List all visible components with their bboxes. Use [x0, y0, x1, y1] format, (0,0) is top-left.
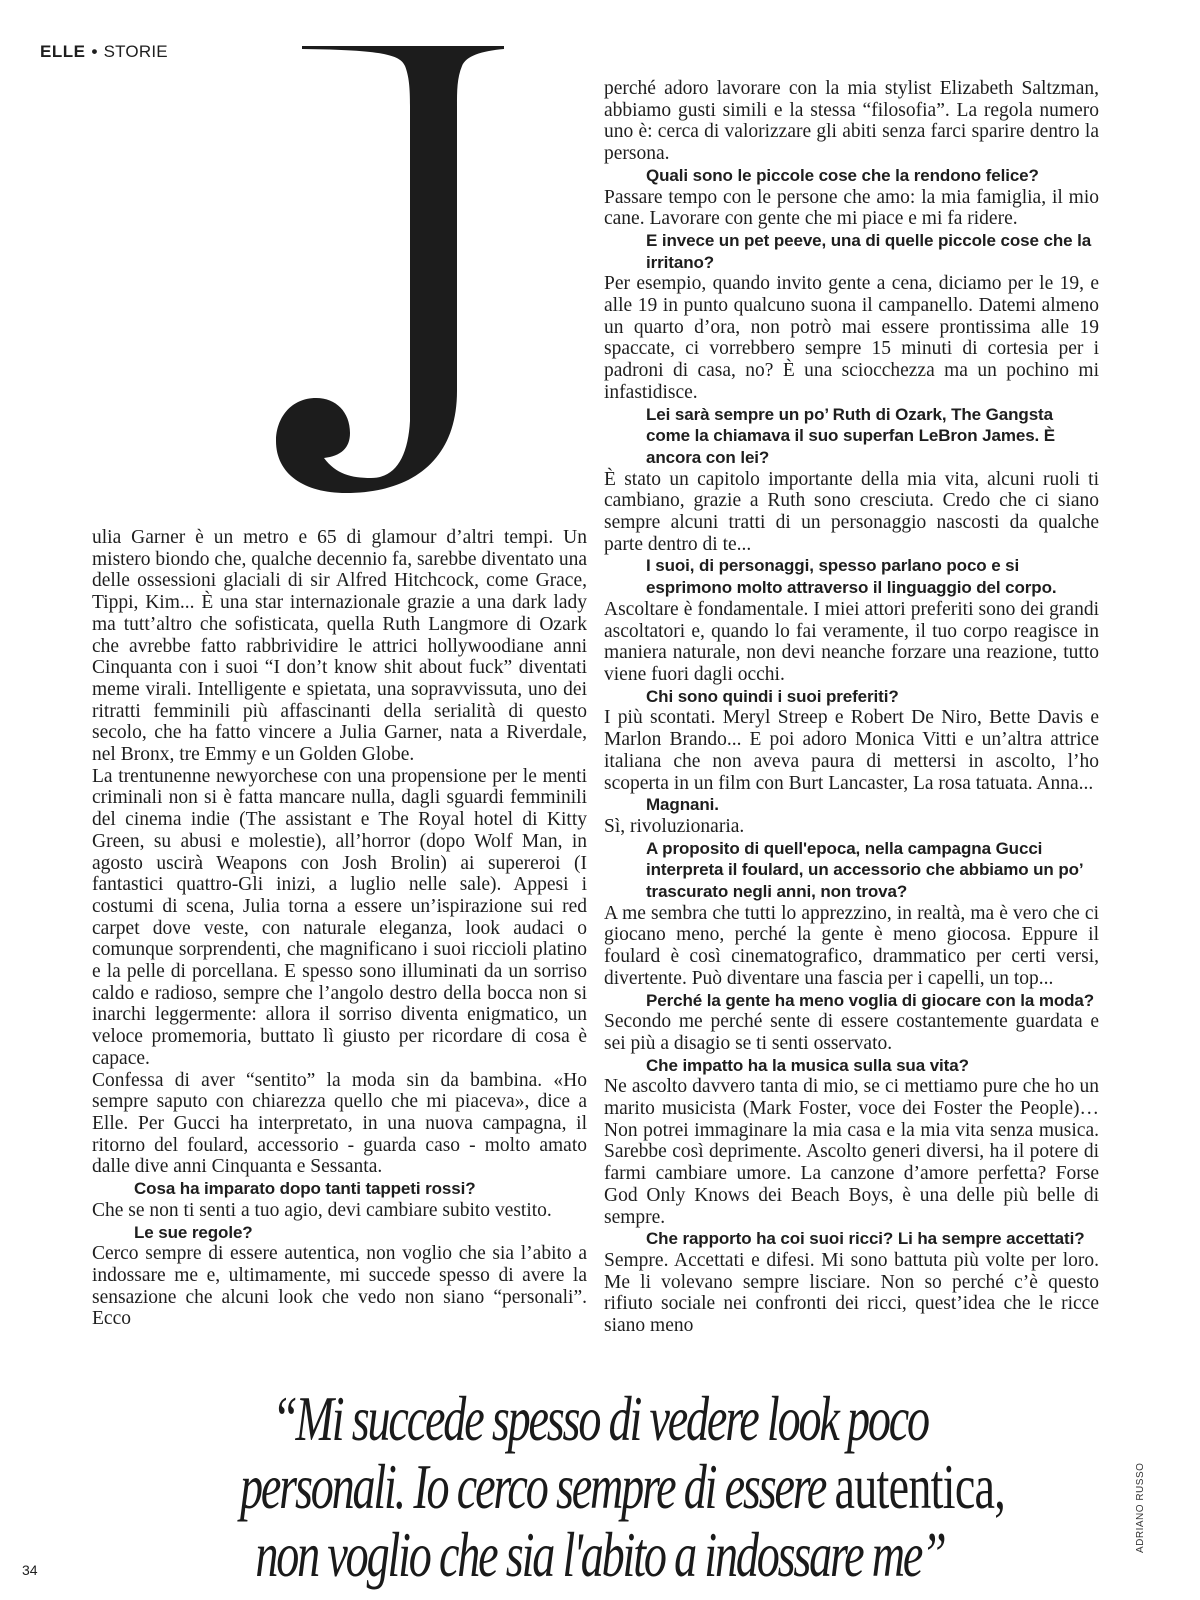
pull-quote: “Mi succede spesso di vedere look poco p…: [240, 1385, 960, 1589]
interview-question: Le sue regole?: [92, 1222, 587, 1244]
interview-question: Quali sono le piccole cose che la rendon…: [604, 165, 1099, 187]
interview-answer: Passare tempo con le persone che amo: la…: [604, 187, 1099, 230]
section-label: STORIE: [104, 42, 168, 61]
pull-quote-italic: personali. Io cerco sempre di essere: [240, 1451, 825, 1522]
interview-question: Che rapporto ha coi suoi ricci? Li ha se…: [604, 1228, 1099, 1250]
interview-answer: Sì, rivoluzionaria.: [604, 816, 1099, 838]
page-number: 34: [22, 1562, 38, 1578]
interview-answer: A me sembra che tutti lo apprezzino, in …: [604, 903, 1099, 990]
interview-answer: I più scontati. Meryl Streep e Robert De…: [604, 707, 1099, 794]
body-paragraph: ulia Garner è un metro e 65 di glamour d…: [92, 527, 587, 766]
dropcap-letter-j: [276, 46, 576, 496]
interview-answer: È stato un capitolo importante della mia…: [604, 469, 1099, 556]
interview-answer: Per esempio, quando invito gente a cena,…: [604, 273, 1099, 403]
right-article-column: perché adoro lavorare con la mia stylist…: [604, 78, 1099, 1337]
magazine-brand: ELLE: [40, 42, 85, 61]
body-paragraph: perché adoro lavorare con la mia stylist…: [604, 78, 1099, 165]
photo-credit: ADRIANO RUSSO: [1135, 1463, 1146, 1553]
section-header: ELLE•STORIE: [40, 42, 168, 62]
interview-question: Lei sarà sempre un po’ Ruth di Ozark, Th…: [604, 404, 1099, 469]
interview-question: Cosa ha imparato dopo tanti tappeti ross…: [92, 1178, 587, 1200]
interview-question: Perché la gente ha meno voglia di giocar…: [604, 990, 1099, 1012]
pull-quote-line: non voglio che sia l'abito a indossare m…: [240, 1521, 960, 1589]
interview-question: Che impatto ha la musica sulla sua vita?: [604, 1055, 1099, 1077]
interview-answer: Ne ascolto davvero tanta di mio, se ci m…: [604, 1076, 1099, 1228]
pull-quote-line: “Mi succede spesso di vedere look poco: [240, 1385, 960, 1453]
interview-question: A proposito di quell'epoca, nella campag…: [604, 838, 1099, 903]
left-article-column: ulia Garner è un metro e 65 di glamour d…: [92, 527, 587, 1330]
interview-answer: Che se non ti senti a tuo agio, devi cam…: [92, 1200, 587, 1222]
interview-question: E invece un pet peeve, una di quelle pic…: [604, 230, 1099, 273]
separator-dot: •: [91, 42, 97, 61]
body-paragraph: La trentunenne newyorchese con una prope…: [92, 766, 587, 1070]
pull-quote-emphasis: autentica,: [834, 1451, 1005, 1522]
interview-answer: Sempre. Accettati e difesi. Mi sono batt…: [604, 1250, 1099, 1337]
body-paragraph: Confessa di aver “sentito” la moda sin d…: [92, 1070, 587, 1179]
interview-answer: Secondo me perché sente di essere costan…: [604, 1011, 1099, 1054]
interview-question: Chi sono quindi i suoi preferiti?: [604, 686, 1099, 708]
interview-answer: Ascoltare è fondamentale. I miei attori …: [604, 599, 1099, 686]
interview-question: Magnani.: [604, 794, 1099, 816]
pull-quote-line: personali. Io cerco sempre di essere aut…: [240, 1453, 960, 1521]
interview-question: I suoi, di personaggi, spesso parlano po…: [604, 555, 1099, 598]
interview-answer: Cerco sempre di essere autentica, non vo…: [92, 1243, 587, 1330]
